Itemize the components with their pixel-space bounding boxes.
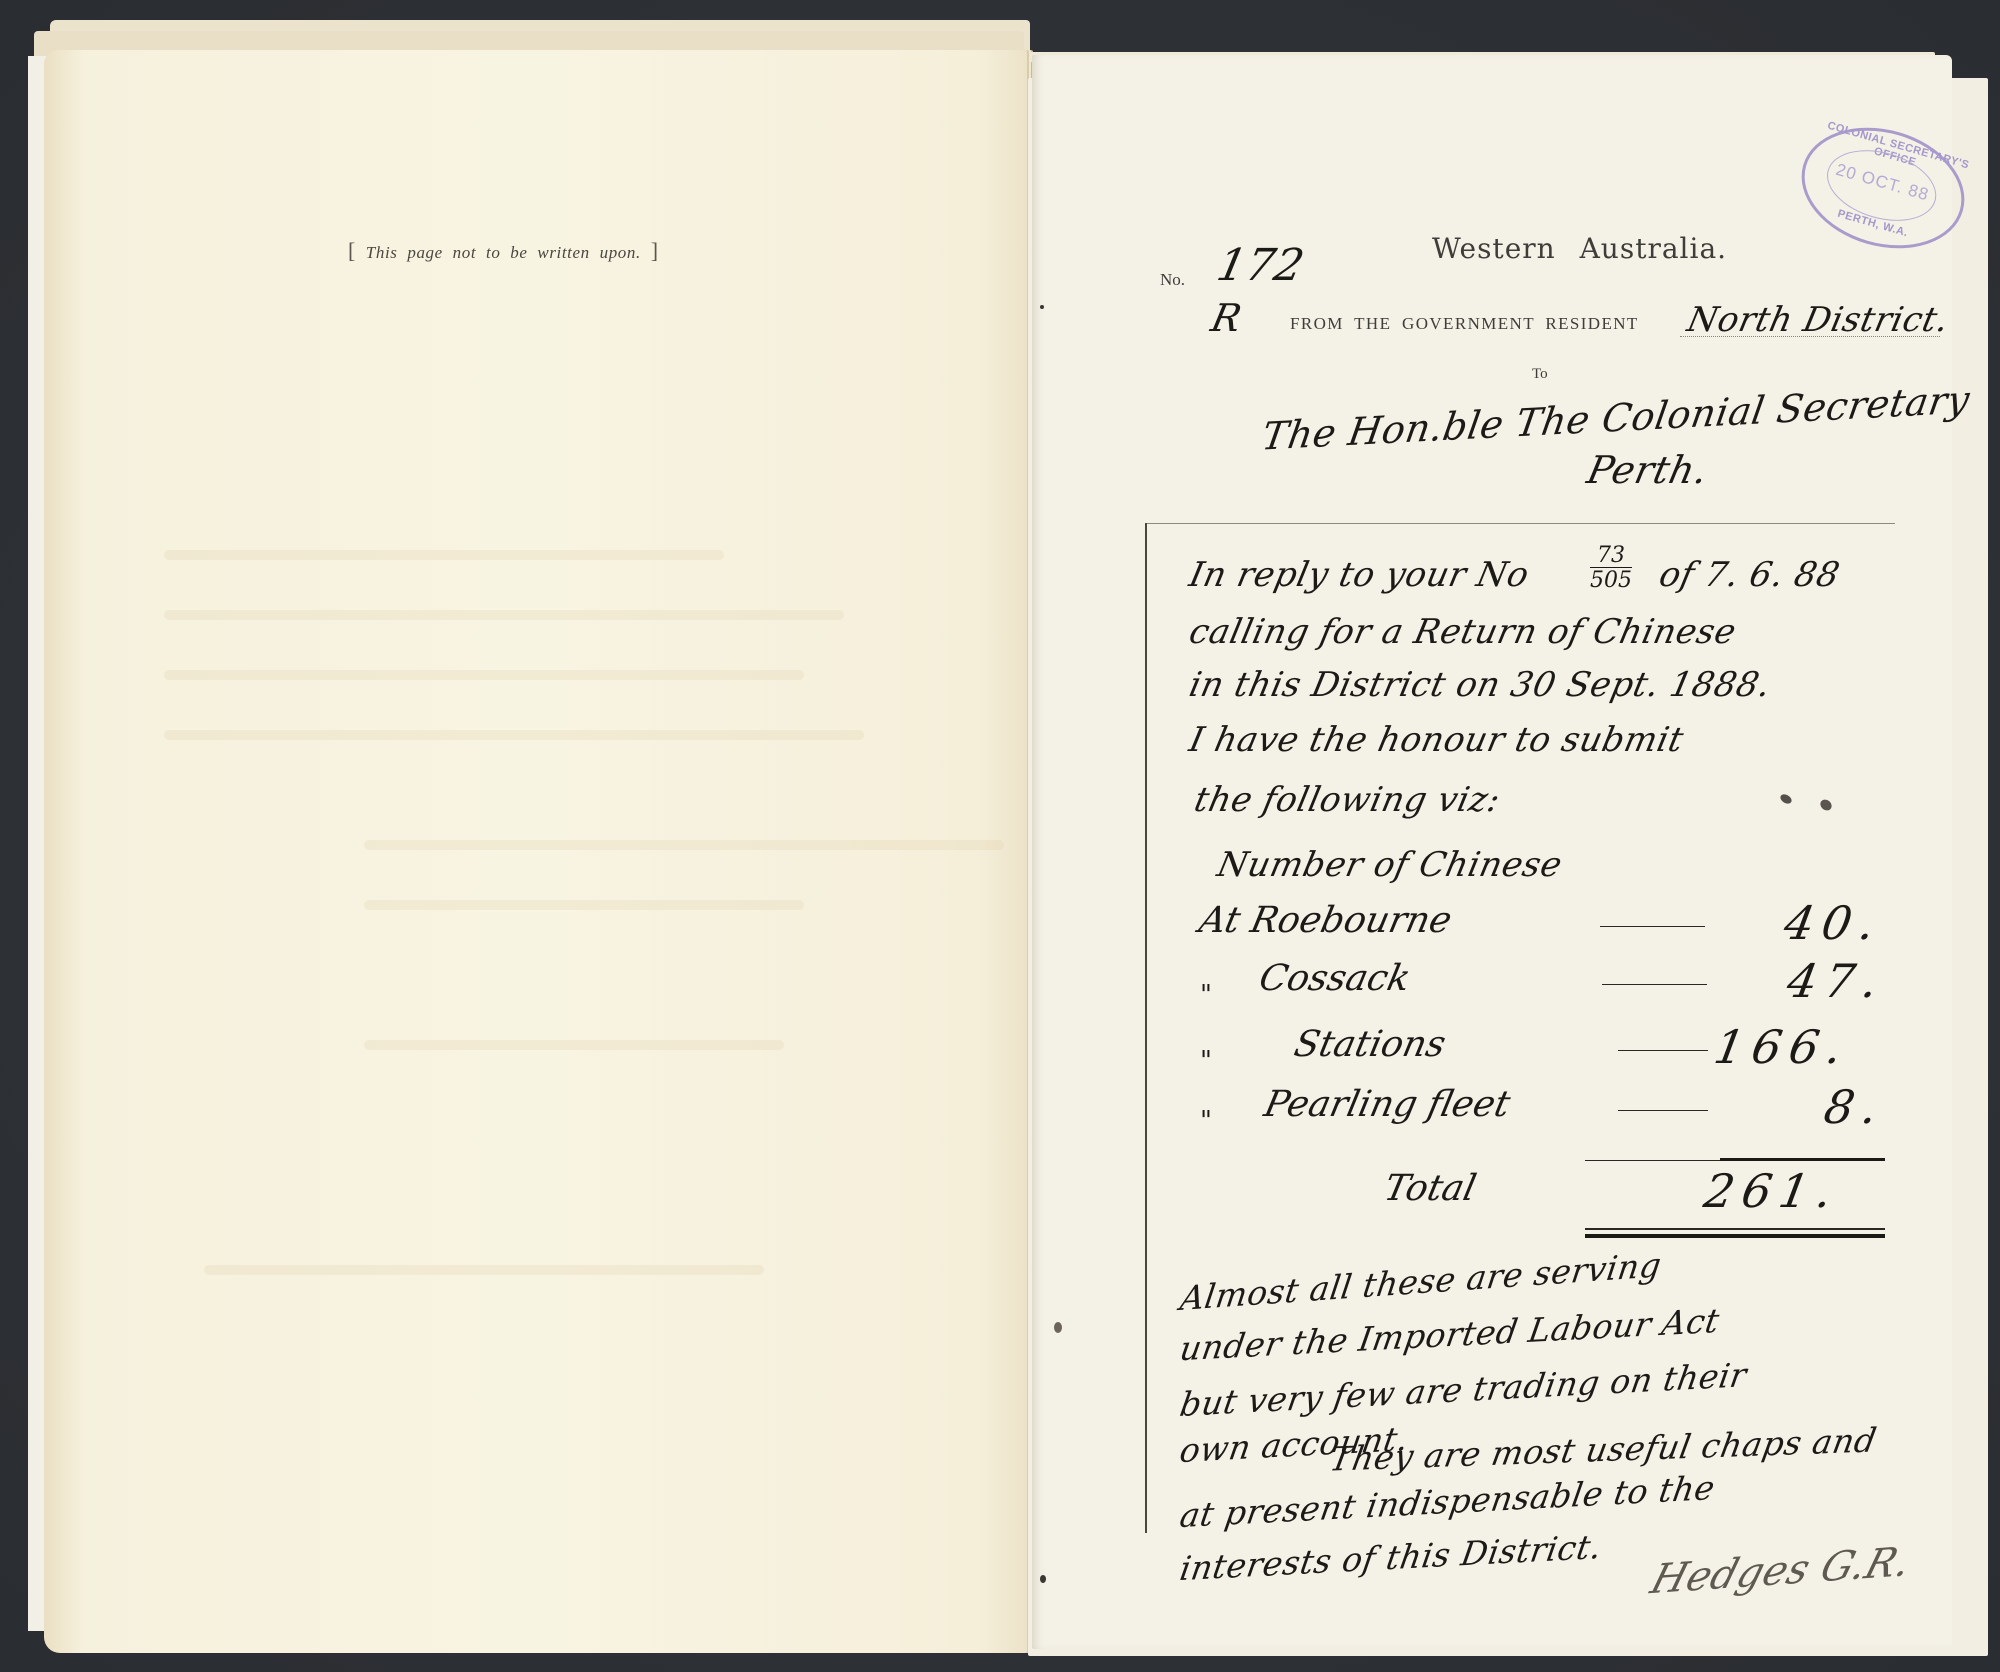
row-value: 8. <box>1820 1080 1889 1134</box>
fraction-numerator: 73 <box>1597 543 1625 568</box>
ink-speck <box>1040 305 1044 309</box>
bleed-through-mark <box>204 1265 764 1275</box>
body-line-1-start: In reply to your No <box>1186 555 1533 595</box>
row-place: Cossack <box>1256 958 1414 999</box>
bleed-through-mark <box>164 550 724 560</box>
ditto-mark: " <box>1200 980 1212 1010</box>
body-line-4: I have the honour to submit <box>1186 720 1688 760</box>
row-place: At Roebourne <box>1196 900 1456 941</box>
total-value: 261. <box>1700 1164 1844 1218</box>
leader-dash <box>1618 1050 1708 1051</box>
leader-dash <box>1618 1110 1708 1111</box>
table-row: At Roebourne 40. <box>1200 900 1900 950</box>
to-label: To <box>1532 366 1548 383</box>
body-line-1-end: of 7. 6. 88 <box>1656 555 1844 595</box>
bleed-through-mark <box>164 670 804 680</box>
table-row: " Stations 166. <box>1200 1024 1900 1074</box>
letter-box-left-border <box>1145 523 1147 1533</box>
from-district: North District. <box>1684 300 1953 340</box>
reference-fraction: 73 505 <box>1590 545 1632 592</box>
bleed-through-mark <box>164 730 864 740</box>
printed-note: [ This page not to be written upon. ] <box>348 238 659 264</box>
reference-number: 172 <box>1213 240 1309 291</box>
row-value: 47. <box>1783 954 1890 1008</box>
leader-dash <box>1600 926 1705 927</box>
from-label: FROM THE GOVERNMENT RESIDENT <box>1290 314 1639 334</box>
bleed-through-mark <box>164 610 844 620</box>
ditto-mark: " <box>1200 1046 1212 1076</box>
row-place: Pearling fleet <box>1261 1084 1514 1125</box>
bleed-through-mark <box>364 900 804 910</box>
ink-blot <box>1054 1322 1062 1333</box>
left-page <box>44 50 1027 1653</box>
row-place: Stations <box>1291 1024 1450 1065</box>
total-row: Total 261. <box>1200 1168 1900 1218</box>
ink-speck <box>1040 1575 1046 1583</box>
row-value: 166. <box>1710 1020 1854 1074</box>
ditto-mark: " <box>1200 1106 1212 1136</box>
bracket-close: ] <box>651 238 659 263</box>
fraction-denominator: 505 <box>1590 567 1632 592</box>
total-rule-top-heavy <box>1720 1158 1885 1161</box>
total-double-underline <box>1585 1228 1885 1230</box>
leader-dash <box>1602 984 1707 985</box>
body-line-2: calling for a Return of Chinese <box>1186 612 1740 652</box>
total-label: Total <box>1381 1168 1480 1209</box>
row-value: 40. <box>1780 896 1887 950</box>
body-line-3: in this District on 30 Sept. 1888. <box>1186 665 1775 705</box>
form-title: Western Australia. <box>1432 232 1727 265</box>
table-row: " Pearling fleet 8. <box>1200 1084 1900 1134</box>
addressee-city: Perth. <box>1583 448 1712 492</box>
body-line-5: the following viz: <box>1191 780 1504 820</box>
table-row: " Cossack 47. <box>1200 958 1900 1008</box>
printed-note-text: This page not to be written upon. <box>366 243 641 262</box>
table-heading: Number of Chinese <box>1214 845 1566 885</box>
number-label: No. <box>1160 270 1185 290</box>
letter-box-top-border <box>1145 523 1895 524</box>
bleed-through-mark <box>364 1040 784 1050</box>
total-double-underline-heavy <box>1585 1234 1885 1238</box>
bleed-through-mark <box>364 840 1004 850</box>
stamp-date: 20 OCT. 88 <box>1832 159 1934 206</box>
bracket-open: [ <box>348 238 356 263</box>
